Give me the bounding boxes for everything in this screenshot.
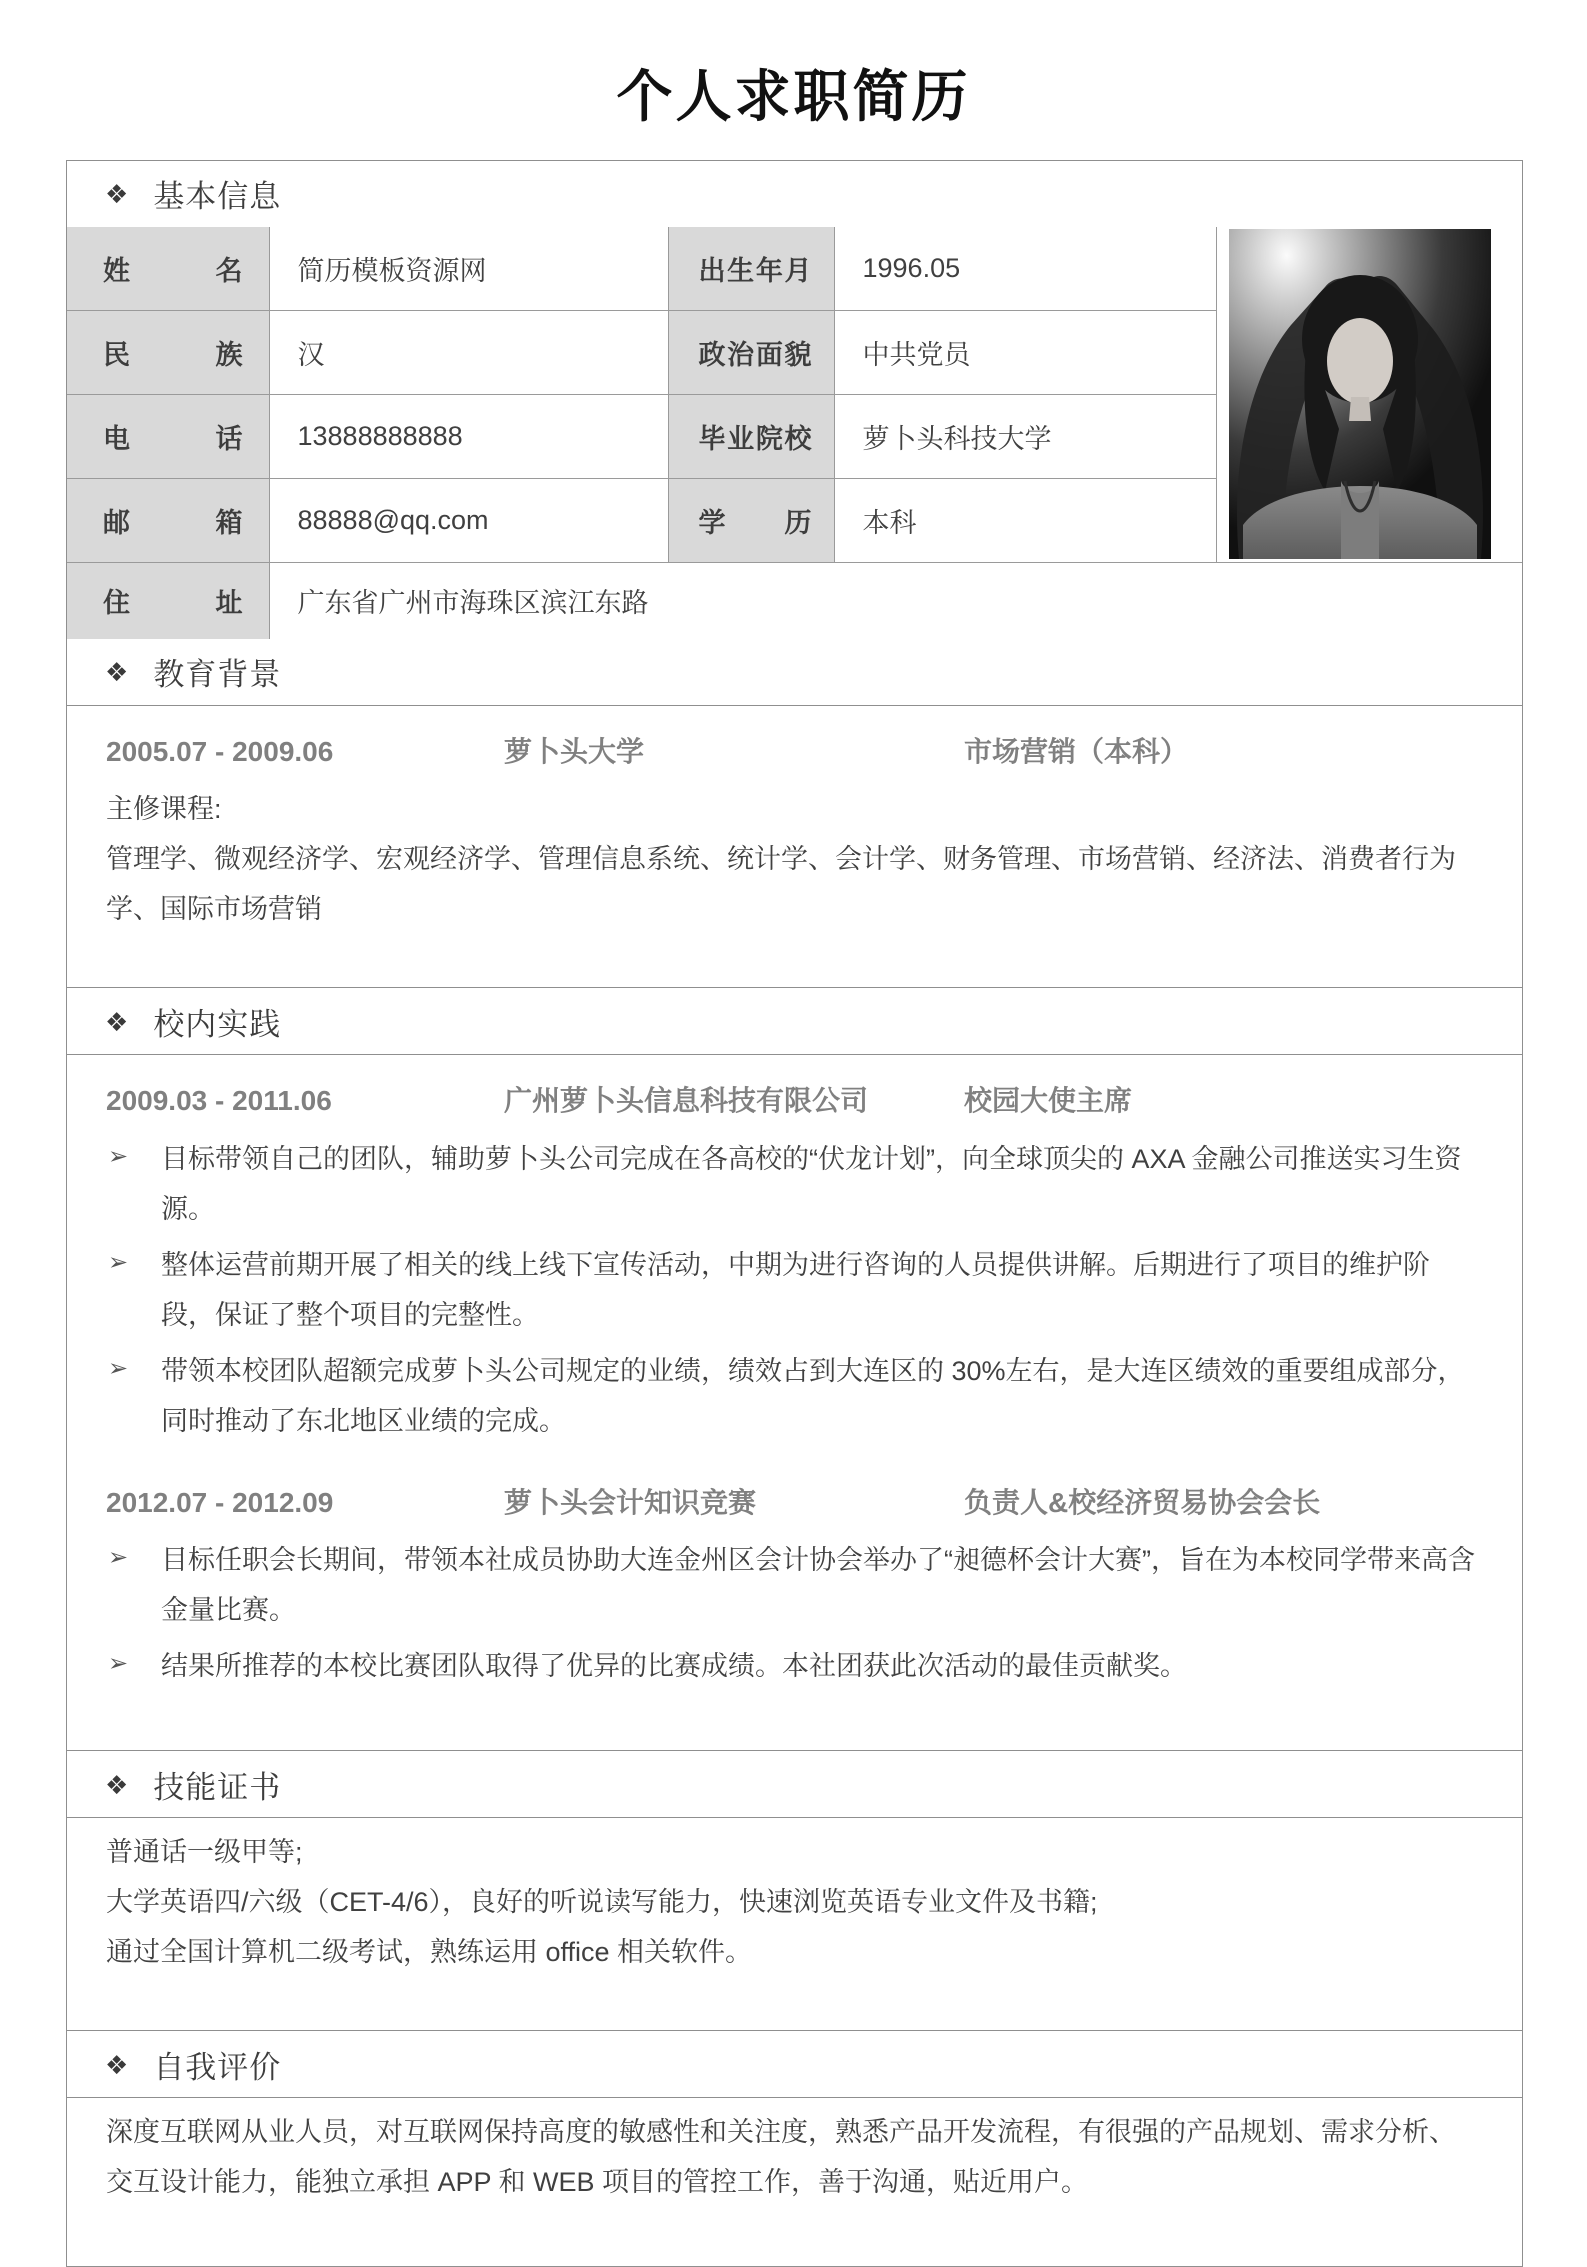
field-value-ethnicity: 汉: [269, 311, 668, 395]
diamond-icon: ❖: [105, 179, 129, 210]
table-row: 姓名 简历模板资源网 出生年月 1996.05: [67, 227, 1522, 311]
skill-item: 普通话一级甲等;: [106, 1828, 1482, 1878]
experience-org: 萝卜头会计知识竞赛: [504, 1477, 964, 1529]
page-title: 个人求职简历: [0, 0, 1587, 128]
list-item: ➢ 目标任职会长期间，带领本社成员协助大连金州区会计协会举办了“昶德杯会计大赛”…: [106, 1536, 1482, 1636]
bullet-text: 带领本校团队超额完成萝卜头公司规定的业绩，绩效占到大连区的 30%左右，是大连区…: [161, 1356, 1465, 1436]
field-value-phone: 13888888888: [269, 395, 668, 479]
bullet-arrow-icon: ➢: [108, 1347, 128, 1391]
experience-role: 负责人&校经济贸易协会会长: [964, 1477, 1320, 1529]
section-header-education: ❖ 教育背景: [67, 639, 1522, 706]
field-label-email: 邮箱: [67, 479, 269, 563]
diamond-icon: ❖: [105, 1007, 129, 1038]
field-label-address: 住址: [67, 563, 269, 639]
courses-label: 主修课程:: [106, 785, 1482, 835]
experience-role: 校园大使主席: [964, 1075, 1132, 1127]
bullet-text: 整体运营前期开展了相关的线上线下宣传活动，中期为进行咨询的人员提供讲解。后期进行…: [161, 1250, 1430, 1330]
bullet-text: 目标带领自己的团队，辅助萝卜头公司完成在各高校的“伏龙计划”，向全球顶尖的 AX…: [161, 1144, 1462, 1224]
bullet-text: 目标任职会长期间，带领本社成员协助大连金州区会计协会举办了“昶德杯会计大赛”，旨…: [161, 1545, 1475, 1625]
skills-body: 普通话一级甲等; 大学英语四/六级（CET-4/6），良好的听说读写能力，快速浏…: [67, 1818, 1522, 2030]
applicant-photo: [1229, 229, 1491, 559]
list-item: ➢ 整体运营前期开展了相关的线上线下宣传活动，中期为进行咨询的人员提供讲解。后期…: [106, 1241, 1482, 1341]
list-item: ➢ 目标带领自己的团队，辅助萝卜头公司完成在各高校的“伏龙计划”，向全球顶尖的 …: [106, 1135, 1482, 1235]
experience-bullet-list: ➢ 目标带领自己的团队，辅助萝卜头公司完成在各高校的“伏龙计划”，向全球顶尖的 …: [106, 1135, 1482, 1447]
section-title-skills: 技能证书: [153, 1762, 281, 1807]
resume-body: ❖ 基本信息 姓名 简历模板资源网 出生年月 1996.05: [66, 160, 1523, 2267]
field-value-degree: 本科: [834, 479, 1216, 563]
section-header-self-evaluation: ❖ 自我评价: [67, 2030, 1522, 2098]
education-entry-header: 2005.07 - 2009.06 萝卜头大学 市场营销（本科）: [106, 726, 1482, 778]
skill-item: 通过全国计算机二级考试，熟练运用 office 相关软件。: [106, 1928, 1482, 1978]
bullet-text: 结果所推荐的本校比赛团队取得了优异的比赛成绩。本社团获此次活动的最佳贡献奖。: [161, 1651, 1187, 1681]
diamond-icon: ❖: [105, 1770, 129, 1801]
field-value-name: 简历模板资源网: [269, 227, 668, 311]
section-title-basic-info: 基本信息: [153, 171, 281, 216]
field-label-degree: 学历: [668, 479, 834, 563]
education-school: 萝卜头大学: [504, 726, 964, 778]
bullet-arrow-icon: ➢: [108, 1642, 128, 1686]
list-item: ➢ 带领本校团队超额完成萝卜头公司规定的业绩，绩效占到大连区的 30%左右，是大…: [106, 1347, 1482, 1447]
diamond-icon: ❖: [105, 2050, 129, 2081]
self-evaluation-body: 深度互联网从业人员，对互联网保持高度的敏感性和关注度，熟悉产品开发流程，有很强的…: [67, 2098, 1522, 2266]
field-value-email: 88888@qq.com: [269, 479, 668, 563]
experience-bullet-list: ➢ 目标任职会长期间，带领本社成员协助大连金州区会计协会举办了“昶德杯会计大赛”…: [106, 1536, 1482, 1692]
practice-body: 2009.03 - 2011.06 广州萝卜头信息科技有限公司 校园大使主席 ➢…: [67, 1055, 1522, 1750]
education-body: 2005.07 - 2009.06 萝卜头大学 市场营销（本科） 主修课程: 管…: [67, 706, 1522, 988]
courses-text: 管理学、微观经济学、宏观经济学、管理信息系统、统计学、会计学、财务管理、市场营销…: [106, 835, 1482, 935]
experience-entry-header: 2012.07 - 2012.09 萝卜头会计知识竞赛 负责人&校经济贸易协会会…: [106, 1477, 1482, 1529]
basic-info-table: 姓名 简历模板资源网 出生年月 1996.05: [67, 227, 1522, 639]
field-label-ethnicity: 民族: [67, 311, 269, 395]
photo-cell: [1216, 227, 1522, 563]
field-label-birth: 出生年月: [668, 227, 834, 311]
self-evaluation-text: 深度互联网从业人员，对互联网保持高度的敏感性和关注度，熟悉产品开发流程，有很强的…: [106, 2108, 1482, 2208]
section-header-basic-info: ❖ 基本信息: [67, 161, 1522, 227]
field-label-name: 姓名: [67, 227, 269, 311]
field-label-school: 毕业院校: [668, 395, 834, 479]
experience-org: 广州萝卜头信息科技有限公司: [504, 1075, 964, 1127]
experience-period: 2009.03 - 2011.06: [106, 1075, 504, 1127]
field-value-school: 萝卜头科技大学: [834, 395, 1216, 479]
bullet-arrow-icon: ➢: [108, 1241, 128, 1285]
field-value-political-status: 中共党员: [834, 311, 1216, 395]
section-header-practice: ❖ 校内实践: [67, 987, 1522, 1055]
section-title-education: 教育背景: [153, 649, 281, 694]
experience-entry-header: 2009.03 - 2011.06 广州萝卜头信息科技有限公司 校园大使主席: [106, 1075, 1482, 1127]
section-title-self-evaluation: 自我评价: [153, 2042, 281, 2087]
education-period: 2005.07 - 2009.06: [106, 726, 504, 778]
field-label-phone: 电话: [67, 395, 269, 479]
bullet-arrow-icon: ➢: [108, 1536, 128, 1580]
diamond-icon: ❖: [105, 657, 129, 688]
bullet-arrow-icon: ➢: [108, 1135, 128, 1179]
list-item: ➢ 结果所推荐的本校比赛团队取得了优异的比赛成绩。本社团获此次活动的最佳贡献奖。: [106, 1642, 1482, 1692]
skill-item: 大学英语四/六级（CET-4/6），良好的听说读写能力，快速浏览英语专业文件及书…: [106, 1878, 1482, 1928]
field-label-political-status: 政治面貌: [668, 311, 834, 395]
field-value-birth: 1996.05: [834, 227, 1216, 311]
education-major: 市场营销（本科）: [964, 726, 1188, 778]
section-title-practice: 校内实践: [153, 999, 281, 1044]
experience-period: 2012.07 - 2012.09: [106, 1477, 504, 1529]
section-header-skills: ❖ 技能证书: [67, 1750, 1522, 1818]
table-row: 住址 广东省广州市海珠区滨江东路: [67, 563, 1522, 639]
field-value-address: 广东省广州市海珠区滨江东路: [269, 563, 1522, 639]
